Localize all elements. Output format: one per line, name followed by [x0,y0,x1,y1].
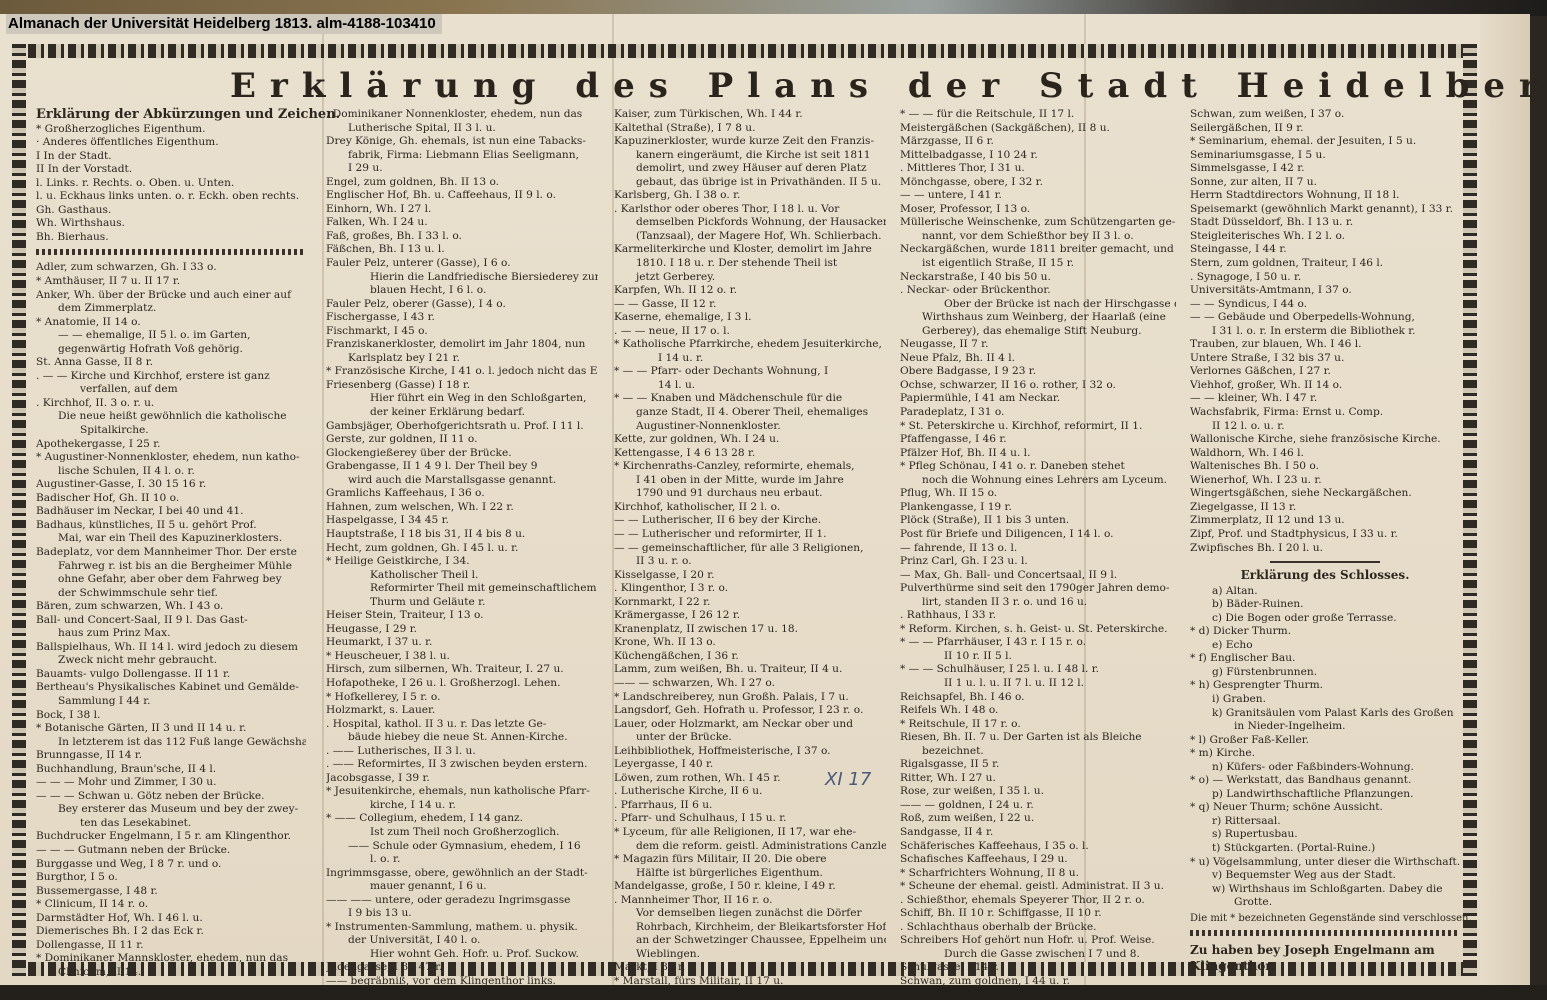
list-item: Seilergäßchen, II 9 r. [1190,122,1460,136]
list-item: * Augustiner-Nonnenkloster, ehedem, nun … [36,451,306,465]
list-item: jetzt Gerberey. [614,271,886,285]
list-item: ganze Stadt, II 4. Oberer Theil, ehemali… [614,406,886,420]
list-item: Zimmerplatz, II 12 und 13 u. [1190,514,1460,528]
list-item: Hirsch, zum silbernen, Wh. Traiteur, I. … [326,663,598,677]
list-item: Fäßchen, Bh. I 13 u. l. [326,243,598,257]
list-item: Gerste, zur goldnen, II 11 o. [326,433,598,447]
list-item: Leihbibliothek, Hoffmeisterische, I 37 o… [614,745,886,759]
list-item: II 10 r. II 5 l. [900,650,1176,664]
list-item: Waldhorn, Wh. I 46 l. [1190,447,1460,461]
list-item: Faß, großes, Bh. I 33 l. o. [326,230,598,244]
list-item: Wieblingen. [614,948,886,962]
list-item: Wingertsgäßchen, siehe Neckargäßchen. [1190,487,1460,501]
list-item: Friesenberg (Gasse) I 18 r. [326,379,598,393]
list-item: Kettengasse, I 4 6 13 28 r. [614,447,886,461]
list-item: Fauler Pelz, oberer (Gasse), I 4 o. [326,298,598,312]
list-item: — — Syndicus, I 44 o. [1190,298,1460,312]
list-item: wird auch die Marstallsgasse genannt. [326,474,598,488]
list-item: * — — Knaben und Mädchenschule für die [614,392,886,406]
list-item: Stadt Düsseldorf, Bh. I 13 u. r. [1190,216,1460,230]
list-item: Gh. Gasthaus. [36,204,306,218]
entry-list: . Dominikaner Nonnenkloster, ehedem, nun… [326,108,598,989]
list-item: Holzmarkt, s. Lauer. [326,704,598,718]
list-item: Judengasse, I 35 47 r. [326,961,598,975]
list-item: I 41 oben in der Mitte, wurde im Jahre [614,474,886,488]
list-item: Hofapotheke, I 26 u. l. Großherzogl. Leh… [326,677,598,691]
list-item: Die neue heißt gewöhnlich die katholisch… [36,410,306,424]
list-item: Diemerisches Bh. I 2 das Eck r. [36,925,306,939]
list-item: Karmeliterkirche und Kloster, demolirt i… [614,243,886,257]
list-item: Prinz Carl, Gh. I 23 u. l. [900,555,1176,569]
list-item: * Scheune der ehemal. geistl. Administra… [900,880,1176,894]
list-item: * Dominikaner Mannskloster, ehedem, nun … [36,952,306,966]
list-item: s) Rupertusbau. [1190,828,1460,842]
list-item: a) Altan. [1190,585,1460,599]
list-item: Burggasse und Weg, I 8 7 r. und o. [36,858,306,872]
list-item: Ober der Brücke ist nach der Hirschgasse… [900,298,1176,312]
list-item: —— —— untere, oder geradezu Ingrimsgasse [326,894,598,908]
list-item: gegenwärtig Hofrath Voß gehörig. [36,343,306,357]
list-item: * f) Englischer Bau. [1190,652,1460,666]
list-item: bäude hiebey die neue St. Annen-Kirche. [326,731,598,745]
list-item: I 29 u. [326,162,598,176]
list-item: . Klingenthor, I 3 r. o. [614,582,886,596]
list-item: —— — goldnen, I 24 u. r. [900,799,1176,813]
list-item: Clinicum, II 14. [36,966,306,980]
list-item: Darmstädter Hof, Wh. I 46 l. u. [36,912,306,926]
list-item: * St. Peterskirche u. Kirchhof, reformir… [900,420,1176,434]
list-item: Roß, zum weißen, I 22 u. [900,812,1176,826]
list-item: Gramlichs Kaffeehaus, I 36 o. [326,487,598,501]
list-item: — — Lutherischer und reformirter, II 1. [614,528,886,542]
list-item: Wallonische Kirche, siehe französische K… [1190,433,1460,447]
list-item: * Amthäuser, II 7 u. II 17 r. [36,275,306,289]
list-item: . —— Lutherisches, II 3 l. u. [326,745,598,759]
list-item: Wirthshaus zum Weinberg, der Haarlaß (ei… [900,311,1176,325]
list-item: Lauer, oder Holzmarkt, am Neckar ober un… [614,718,886,732]
list-item: * Landschreiberey, nun Großh. Palais, I … [614,691,886,705]
list-item: Kette, zur goldnen, Wh. I 24 u. [614,433,886,447]
list-item: Karlsplatz bey I 21 r. [326,352,598,366]
list-item: — — — Gutmann neben der Brücke. [36,844,306,858]
list-item: Sonne, zur alten, II 7 u. [1190,176,1460,190]
list-item: Schafisches Kaffeehaus, I 29 u. [900,853,1176,867]
list-item: i) Graben. [1190,693,1460,707]
list-item: —— begräbniß, vor dem Klingenthor links. [326,975,598,989]
list-item: Ritter, Wh. I 27 u. [900,772,1176,786]
list-item: haus zum Prinz Max. [36,627,306,641]
list-item: Reformirter Theil mit gemeinschaftlichem [326,582,598,596]
list-item: I 14 u. r. [614,352,886,366]
list-item: Mai, war ein Theil des Kapuzinerklosters… [36,532,306,546]
list-item: der Schwimmschule sehr tief. [36,587,306,601]
list-item: verfallen, auf dem [36,383,306,397]
list-item: demselben Pickfords Wohnung, der Hausack… [614,216,886,230]
list-item: . Rathhaus, I 33 r. [900,609,1176,623]
list-item: . Schießthor, ehemals Speyerer Thor, II … [900,894,1176,908]
list-item: nannt, vor dem Schießthor bey II 3 l. o. [900,230,1176,244]
list-item: Burgthor, I 5 o. [36,871,306,885]
list-item: II 12 l. o. u. r. [1190,420,1460,434]
list-item: Lutherische Spital, II 3 l. u. [326,122,598,136]
list-item: Heumarkt, I 37 u. r. [326,636,598,650]
list-item: Ziegelgasse, II 13 r. [1190,501,1460,515]
list-item: l. u. Eckhaus links unten. o. r. Eckh. o… [36,190,306,204]
list-item: * Clinicum, II 14 r. o. [36,898,306,912]
list-item: * Magazin fürs Militair, II 20. Die ober… [614,853,886,867]
list-item: Reifels Wh. I 48 o. [900,704,1176,718]
list-item: t) Stückgarten. (Portal-Ruine.) [1190,842,1460,856]
list-item: Falken, Wh. I 24 u. [326,216,598,230]
list-item: Lamm, zum weißen, Bh. u. Traiteur, II 4 … [614,663,886,677]
list-item: Neue Pfalz, Bh. II 4 l. [900,352,1176,366]
list-item: — — untere, I 41 r. [900,189,1176,203]
list-item: Franziskanerkloster, demolirt im Jahr 18… [326,338,598,352]
list-item: * Katholische Pfarrkirche, ehedem Jesuit… [614,338,886,352]
list-item: Buchdrucker Engelmann, I 5 r. am Klingen… [36,830,306,844]
list-item: Hahnen, zum welschen, Wh. I 22 r. [326,501,598,515]
list-item: Meistergäßchen (Sackgäßchen), II 8 u. [900,122,1176,136]
list-item: * Kirchenraths-Canzley, reformirte, ehem… [614,460,886,474]
list-item: Einhorn, Wh. I 27 l. [326,203,598,217]
list-item: Bären, zum schwarzen, Wh. I 43 o. [36,600,306,614]
list-item: Mönchgasse, obere, I 32 r. [900,176,1176,190]
list-item: Spitalkirche. [36,424,306,438]
list-item: * Reform. Kirchen, s. h. Geist- u. St. P… [900,623,1176,637]
list-item: Langsdorf, Geh. Hofrath u. Professor, I … [614,704,886,718]
list-item: * Heuscheuer, I 38 l. u. [326,650,598,664]
list-item: Küchengäßchen, I 36 r. [614,650,886,664]
list-item: mauer genannt, I 6 u. [326,880,598,894]
column-1: Erklärung der Abkürzungen und Zeichen. *… [36,108,306,979]
list-item: Wh. Wirthshaus. [36,217,306,231]
list-item: Pfälzer Hof, Bh. II 4 u. l. [900,447,1176,461]
list-item: Bh. Bierhaus. [36,231,306,245]
list-item: Heugasse, I 29 r. [326,623,598,637]
list-item: Apothekergasse, I 25 r. [36,438,306,452]
list-item: Adler, zum schwarzen, Gh. I 33 o. [36,261,306,275]
list-item: — — Gebäude und Oberpedells-Wohnung, [1190,311,1460,325]
list-item: . Neckar- oder Brückenthor. [900,284,1176,298]
list-item: * Marstall, fürs Militair, II 17 u. [614,975,886,989]
list-item: . Mannheimer Thor, II 16 r. o. [614,894,886,908]
list-item: Stern, zum goldnen, Traiteur, I 46 l. [1190,257,1460,271]
list-item: unter der Brücke. [614,731,886,745]
fold-line [322,14,324,989]
list-item: * Heilige Geistkirche, I 34. [326,555,598,569]
column-3: Kaiser, zum Türkischen, Wh. I 44 r.Kalte… [614,108,886,989]
list-item: Untere Straße, I 32 bis 37 u. [1190,352,1460,366]
list-item: II 1 u. l. u. II 7 l. u. II 12 l. [900,677,1176,691]
list-item: Sammlung I 44 r. [36,695,306,709]
list-item: Markt, I 33 r. [614,961,886,975]
list-item: Herrn Stadtdirectors Wohnung, II 18 l. [1190,189,1460,203]
list-item: g) Fürstenbrunnen. [1190,666,1460,680]
list-item: Engel, zum goldnen, Bh. II 13 o. [326,176,598,190]
list-item: Brunngasse, II 14 r. [36,749,306,763]
list-item: — — ehemalige, II 5 l. o. im Garten, [36,329,306,343]
list-item: Bauamts- vulgo Dollengasse. II 11 r. [36,668,306,682]
ornamental-border-right [1463,44,1477,976]
list-item: Kaiser, zum Türkischen, Wh. I 44 r. [614,108,886,122]
list-item: Ochse, schwarzer, II 16 o. rother, I 32 … [900,379,1176,393]
list-item: * — — Pfarr- oder Dechants Wohnung, I [614,365,886,379]
list-item: Fahrweg r. ist bis an die Bergheimer Müh… [36,560,306,574]
list-item: Schreibers Hof gehört nun Hofr. u. Prof.… [900,934,1176,948]
list-item: In letzterem ist das 112 Fuß lange Gewäc… [36,736,306,750]
list-item: c) Die Bogen oder große Terrasse. [1190,612,1460,626]
list-item: Fischergasse, I 43 r. [326,311,598,325]
list-item: Badeplatz, vor dem Mannheimer Thor. Der … [36,546,306,560]
list-item: . —— Reformirtes, II 3 zwischen beyden e… [326,758,598,772]
list-item: Pulverthürme sind seit den 1790ger Jahre… [900,582,1176,596]
section-rule [1270,561,1380,563]
list-item: (Tanzsaal), der Magere Hof, Wh. Schlierb… [614,230,886,244]
list-item: * m) Kirche. [1190,747,1460,761]
list-item: Durch die Gasse zwischen I 7 und 8. [900,948,1176,962]
list-item: I In der Stadt. [36,150,306,164]
list-item: Schulgasse, I 14 r. [900,961,1176,975]
column-5: Schwan, zum weißen, I 37 o.Seilergäßchen… [1190,108,1460,974]
list-item: an der Schwetzinger Chaussee, Eppelheim … [614,934,886,948]
list-item: kirche, I 14 u. r. [326,799,598,813]
list-item: * l) Großer Faß-Keller. [1190,734,1460,748]
list-item: . Hospital, kathol. II 3 u. r. Das letzt… [326,718,598,732]
list-item: Schwan, zum goldnen, I 44 u. r. [900,975,1176,989]
list-item: Hierin die Landfriedische Biersiederey z… [326,271,598,285]
list-item: b) Bäder-Ruinen. [1190,598,1460,612]
list-item: fabrik, Firma: Liebmann Elias Seeligmann… [326,149,598,163]
list-item: Neckargäßchen, wurde 1811 breiter gemach… [900,243,1176,257]
list-item: * h) Gesprengter Thurm. [1190,679,1460,693]
list-item: . Schlachthaus oberhalb der Brücke. [900,921,1176,935]
list-item: Vor demselben liegen zunächst die Dörfer [614,907,886,921]
castle-heading: Erklärung des Schlosses. [1190,569,1460,583]
list-item: ten das Lesekabinet. [36,817,306,831]
list-item: — — Gasse, II 12 r. [614,298,886,312]
list-item: Simmelsgasse, I 42 r. [1190,162,1460,176]
list-item: Kranenplatz, II zwischen 17 u. 18. [614,623,886,637]
list-item: Fischmarkt, I 45 o. [326,325,598,339]
list-item: Englischer Hof, Bh. u. Caffeehaus, II 9 … [326,189,598,203]
list-item: blauen Hecht, I 6 l. o. [326,284,598,298]
list-item: Bock, I 38 l. [36,709,306,723]
abbreviations-legend: * Großherzogliches Eigenthum.· Anderes ö… [36,123,306,245]
list-item: Ist zum Theil noch Großherzoglich. [326,826,598,840]
list-item: der Universität, I 40 l. o. [326,934,598,948]
list-item: —— Schule oder Gymnasium, ehedem, I 16 [326,840,598,854]
list-item: . Dominikaner Nonnenkloster, ehedem, nun… [326,108,598,122]
list-item: * —— Collegium, ehedem, I 14 ganz. [326,812,598,826]
list-item: lische Schulen, II 4 l. o. r. [36,465,306,479]
entry-list: Adler, zum schwarzen, Gh. I 33 o.* Amthä… [36,261,306,979]
list-item: Heiser Stein, Traiteur, I 13 o. [326,609,598,623]
list-item: . — — Kirche und Kirchhof, erstere ist g… [36,370,306,384]
list-item: * Lyceum, für alle Religionen, II 17, wa… [614,826,886,840]
ornamental-border-top [12,44,1477,58]
list-item: Grotte. [1190,896,1460,910]
list-item: Plöck (Straße), II 1 bis 3 unten. [900,514,1176,528]
list-item: Augustiner-Nonnenkloster. [614,420,886,434]
list-item: Jacobsgasse, I 39 r. [326,772,598,786]
list-item: . Karlsthor oder oberes Thor, I 18 l. u.… [614,203,886,217]
column-2: . Dominikaner Nonnenkloster, ehedem, nun… [326,108,598,989]
list-item: Bertheau's Physikalisches Kabinet und Ge… [36,681,306,695]
list-item: * — — für die Reitschule, II 17 l. [900,108,1176,122]
list-item: * Botanische Gärten, II 3 und II 14 u. r… [36,722,306,736]
list-item: * — — Schulhäuser, I 25 l. u. I 48 l. r. [900,663,1176,677]
list-item: Obere Badgasse, I 9 23 r. [900,365,1176,379]
list-item: — — Lutherischer, II 6 bey der Kirche. [614,514,886,528]
pencil-annotation: XI 17 [825,769,871,790]
list-item: Verlornes Gäßchen, I 27 r. [1190,365,1460,379]
list-item: Viehhof, großer, Wh. II 14 o. [1190,379,1460,393]
list-item: Badischer Hof, Gh. II 10 o. [36,492,306,506]
castle-note: Die mit * bezeichneten Gegenstände sind … [1190,912,1460,926]
list-item: bezeichnet. [900,745,1176,759]
list-item: Steingasse, I 44 r. [1190,243,1460,257]
list-item: Paradeplatz, I 31 o. [900,406,1176,420]
list-item: Kaltethal (Straße), I 7 8 u. [614,122,886,136]
list-item: * o) — Werkstatt, das Bandhaus genannt. [1190,774,1460,788]
list-item: St. Anna Gasse, II 8 r. [36,356,306,370]
list-item: Ball- und Concert-Saal, II 9 l. Das Gast… [36,614,306,628]
entry-list: Kaiser, zum Türkischen, Wh. I 44 r.Kalte… [614,108,886,989]
list-item: II 3 u. r. o. [614,555,886,569]
list-item: ohne Gefahr, aber ober dem Fahrweg bey [36,573,306,587]
entry-list: * — — für die Reitschule, II 17 l.Meiste… [900,108,1176,989]
list-item: Zweck nicht mehr gebraucht. [36,654,306,668]
list-item: Augustiner-Gasse, I. 30 15 16 r. [36,478,306,492]
list-item: dem Zimmerplatz. [36,302,306,316]
list-item: e) Echo [1190,639,1460,653]
list-item: Grabengasse, II 1 4 9 l. Der Theil bey 9 [326,460,598,474]
list-item: Müllerische Weinschenke, zum Schützengar… [900,216,1176,230]
list-item: 1790 und 91 durchaus neu erbaut. [614,487,886,501]
list-item: Speisemarkt (gewöhnlich Markt genannt), … [1190,203,1460,217]
list-item: — Max, Gh. Ball- und Concertsaal, II 9 l… [900,569,1176,583]
wavy-divider [1190,930,1460,936]
list-item: Hauptstraße, I 18 bis 31, II 4 bis 8 u. [326,528,598,542]
list-item: kanern eingeräumt, die Kirche ist seit 1… [614,149,886,163]
list-item: — — — Schwan u. Götz neben der Brücke. [36,790,306,804]
list-item: Trauben, zur blauen, Wh. I 46 l. [1190,338,1460,352]
list-item: Krone, Wh. II 13 o. [614,636,886,650]
list-item: Schiff, Bh. II 10 r. Schiffgasse, II 10 … [900,907,1176,921]
list-item: Kirchhof, katholischer, II 2 l. o. [614,501,886,515]
list-item: Rigalsgasse, II 5 r. [900,758,1176,772]
list-item: ist eigentlich Straße, II 15 r. [900,257,1176,271]
list-item: lirt, standen II 3 r. o. und 16 u. [900,596,1176,610]
list-item: Dollengasse, II 11 r. [36,939,306,953]
list-item: . Pfarr- und Schulhaus, I 15 u. r. [614,812,886,826]
castle-legend: a) Altan.b) Bäder-Ruinen.c) Die Bogen od… [1190,585,1460,910]
list-item: — — kleiner, Wh. I 47 r. [1190,392,1460,406]
abbreviations-heading: Erklärung der Abkürzungen und Zeichen. [36,108,306,122]
wavy-divider [36,249,306,255]
list-item: demolirt, und zwey Häuser auf deren Plat… [614,162,886,176]
list-item: n) Küfers- oder Faßbinders-Wohnung. [1190,761,1460,775]
list-item: — — gemeinschaftlicher, für alle 3 Relig… [614,542,886,556]
list-item: Bey ersterer das Museum und bey der zwey… [36,803,306,817]
list-item: * Scharfrichters Wohnung, II 8 u. [900,867,1176,881]
list-item: Fauler Pelz, unterer (Gasse), I 6 o. [326,257,598,271]
list-item: Post für Briefe und Diligencen, I 14 l. … [900,528,1176,542]
list-item: Neckarstraße, I 40 bis 50 u. [900,271,1176,285]
list-item: Waltenisches Bh. I 50 o. [1190,460,1460,474]
list-item: * Anatomie, II 14 o. [36,316,306,330]
list-item: Schwan, zum weißen, I 37 o. [1190,108,1460,122]
list-item: der keiner Erklärung bedarf. [326,406,598,420]
list-item: Hier führt ein Weg in den Schloßgarten, [326,392,598,406]
list-item: v) Bequemster Weg aus der Stadt. [1190,869,1460,883]
list-item: Hier wohnt Geh. Hofr. u. Prof. Suckow. [326,948,598,962]
list-item: 1810. I 18 u. r. Der stehende Theil ist [614,257,886,271]
list-item: . Kirchhof, II. 3 o. r. u. [36,397,306,411]
list-item: Plankengasse, I 19 r. [900,501,1176,515]
column-4: * — — für die Reitschule, II 17 l.Meiste… [900,108,1176,989]
list-item: * q) Neuer Thurm; schöne Aussicht. [1190,801,1460,815]
list-item: Moser, Professor, I 13 o. [900,203,1176,217]
list-item: · Anderes öffentliches Eigenthum. [36,136,306,150]
list-item: Universitäts-Amtmann, I 37 o. [1190,284,1460,298]
source-caption: Almanach der Universität Heidelberg 1813… [6,14,442,34]
list-item: Glockengießerey über der Brücke. [326,447,598,461]
list-item: . — — neue, II 17 o. l. [614,325,886,339]
list-item: Ingrimmsgasse, obere, gewöhnlich an der … [326,867,598,881]
list-item: l. o. r. [326,853,598,867]
list-item: Märzgasse, II 6 r. [900,135,1176,149]
list-item: Rohrbach, Kirchheim, der Bleikartsforste… [614,921,886,935]
list-item: gebaut, das übrige ist in Privathänden. … [614,176,886,190]
list-item: * — — Pfarrhäuser, I 43 r. I 15 r. o. [900,636,1176,650]
ornamental-border-left [12,44,26,976]
list-item: * Reitschule, II 17 r. o. [900,718,1176,732]
list-item: * u) Vögelsammlung, unter dieser die Wir… [1190,856,1460,870]
list-item: w) Wirthshaus im Schloßgarten. Dabey die [1190,883,1460,897]
list-item: Zwipfisches Bh. I 20 l. u. [1190,542,1460,556]
list-item: Sandgasse, II 4 r. [900,826,1176,840]
list-item: Reichsapfel, Bh. I 46 o. [900,691,1176,705]
list-item: . Synagoge, I 50 u. r. [1190,271,1460,285]
list-item: Gerberey), das ehemalige Stift Neuburg. [900,325,1176,339]
list-item: * Pfleg Schönau, I 41 o. r. Daneben steh… [900,460,1176,474]
list-item: Rose, zur weißen, I 35 l. u. [900,785,1176,799]
list-item: p) Landwirthschaftliche Pflanzungen. [1190,788,1460,802]
document-title: Erklärung des Plans der Stadt Heidelberg… [230,66,1280,106]
list-item: Kapuzinerkloster, wurde kurze Zeit den F… [614,135,886,149]
list-item: Wienerhof, Wh. I 23 u. r. [1190,474,1460,488]
list-item: r) Rittersaal. [1190,815,1460,829]
list-item: Haspelgasse, I 34 45 r. [326,514,598,528]
list-item: * Großherzogliches Eigenthum. [36,123,306,137]
list-item: * Französische Kirche, I 41 o. l. jedoch… [326,365,598,379]
list-item: Anker, Wh. über der Brücke und auch eine… [36,289,306,303]
list-item: Badhaus, künstliches, II 5 u. gehört Pro… [36,519,306,533]
list-item: * Jesuitenkirche, ehemals, nun katholisc… [326,785,598,799]
list-item: Badhäuser im Neckar, I bei 40 und 41. [36,505,306,519]
list-item: Wachsfabrik, Firma: Ernst u. Comp. [1190,406,1460,420]
list-item: —— — schwarzen, Wh. I 27 o. [614,677,886,691]
list-item: Thurm und Geläute r. [326,596,598,610]
list-item: Katholischer Theil l. [326,569,598,583]
list-item: II In der Vorstadt. [36,163,306,177]
list-item: Hecht, zum goldnen, Gh. I 45 l. u. r. [326,542,598,556]
list-item: * Instrumenten-Sammlung, mathem. u. phys… [326,921,598,935]
list-item: Kaserne, ehemalige, I 3 l. [614,311,886,325]
list-item: * Seminarium, ehemal. der Jesuiten, I 5 … [1190,135,1460,149]
list-item: dem die reform. geistl. Administrations … [614,840,886,854]
